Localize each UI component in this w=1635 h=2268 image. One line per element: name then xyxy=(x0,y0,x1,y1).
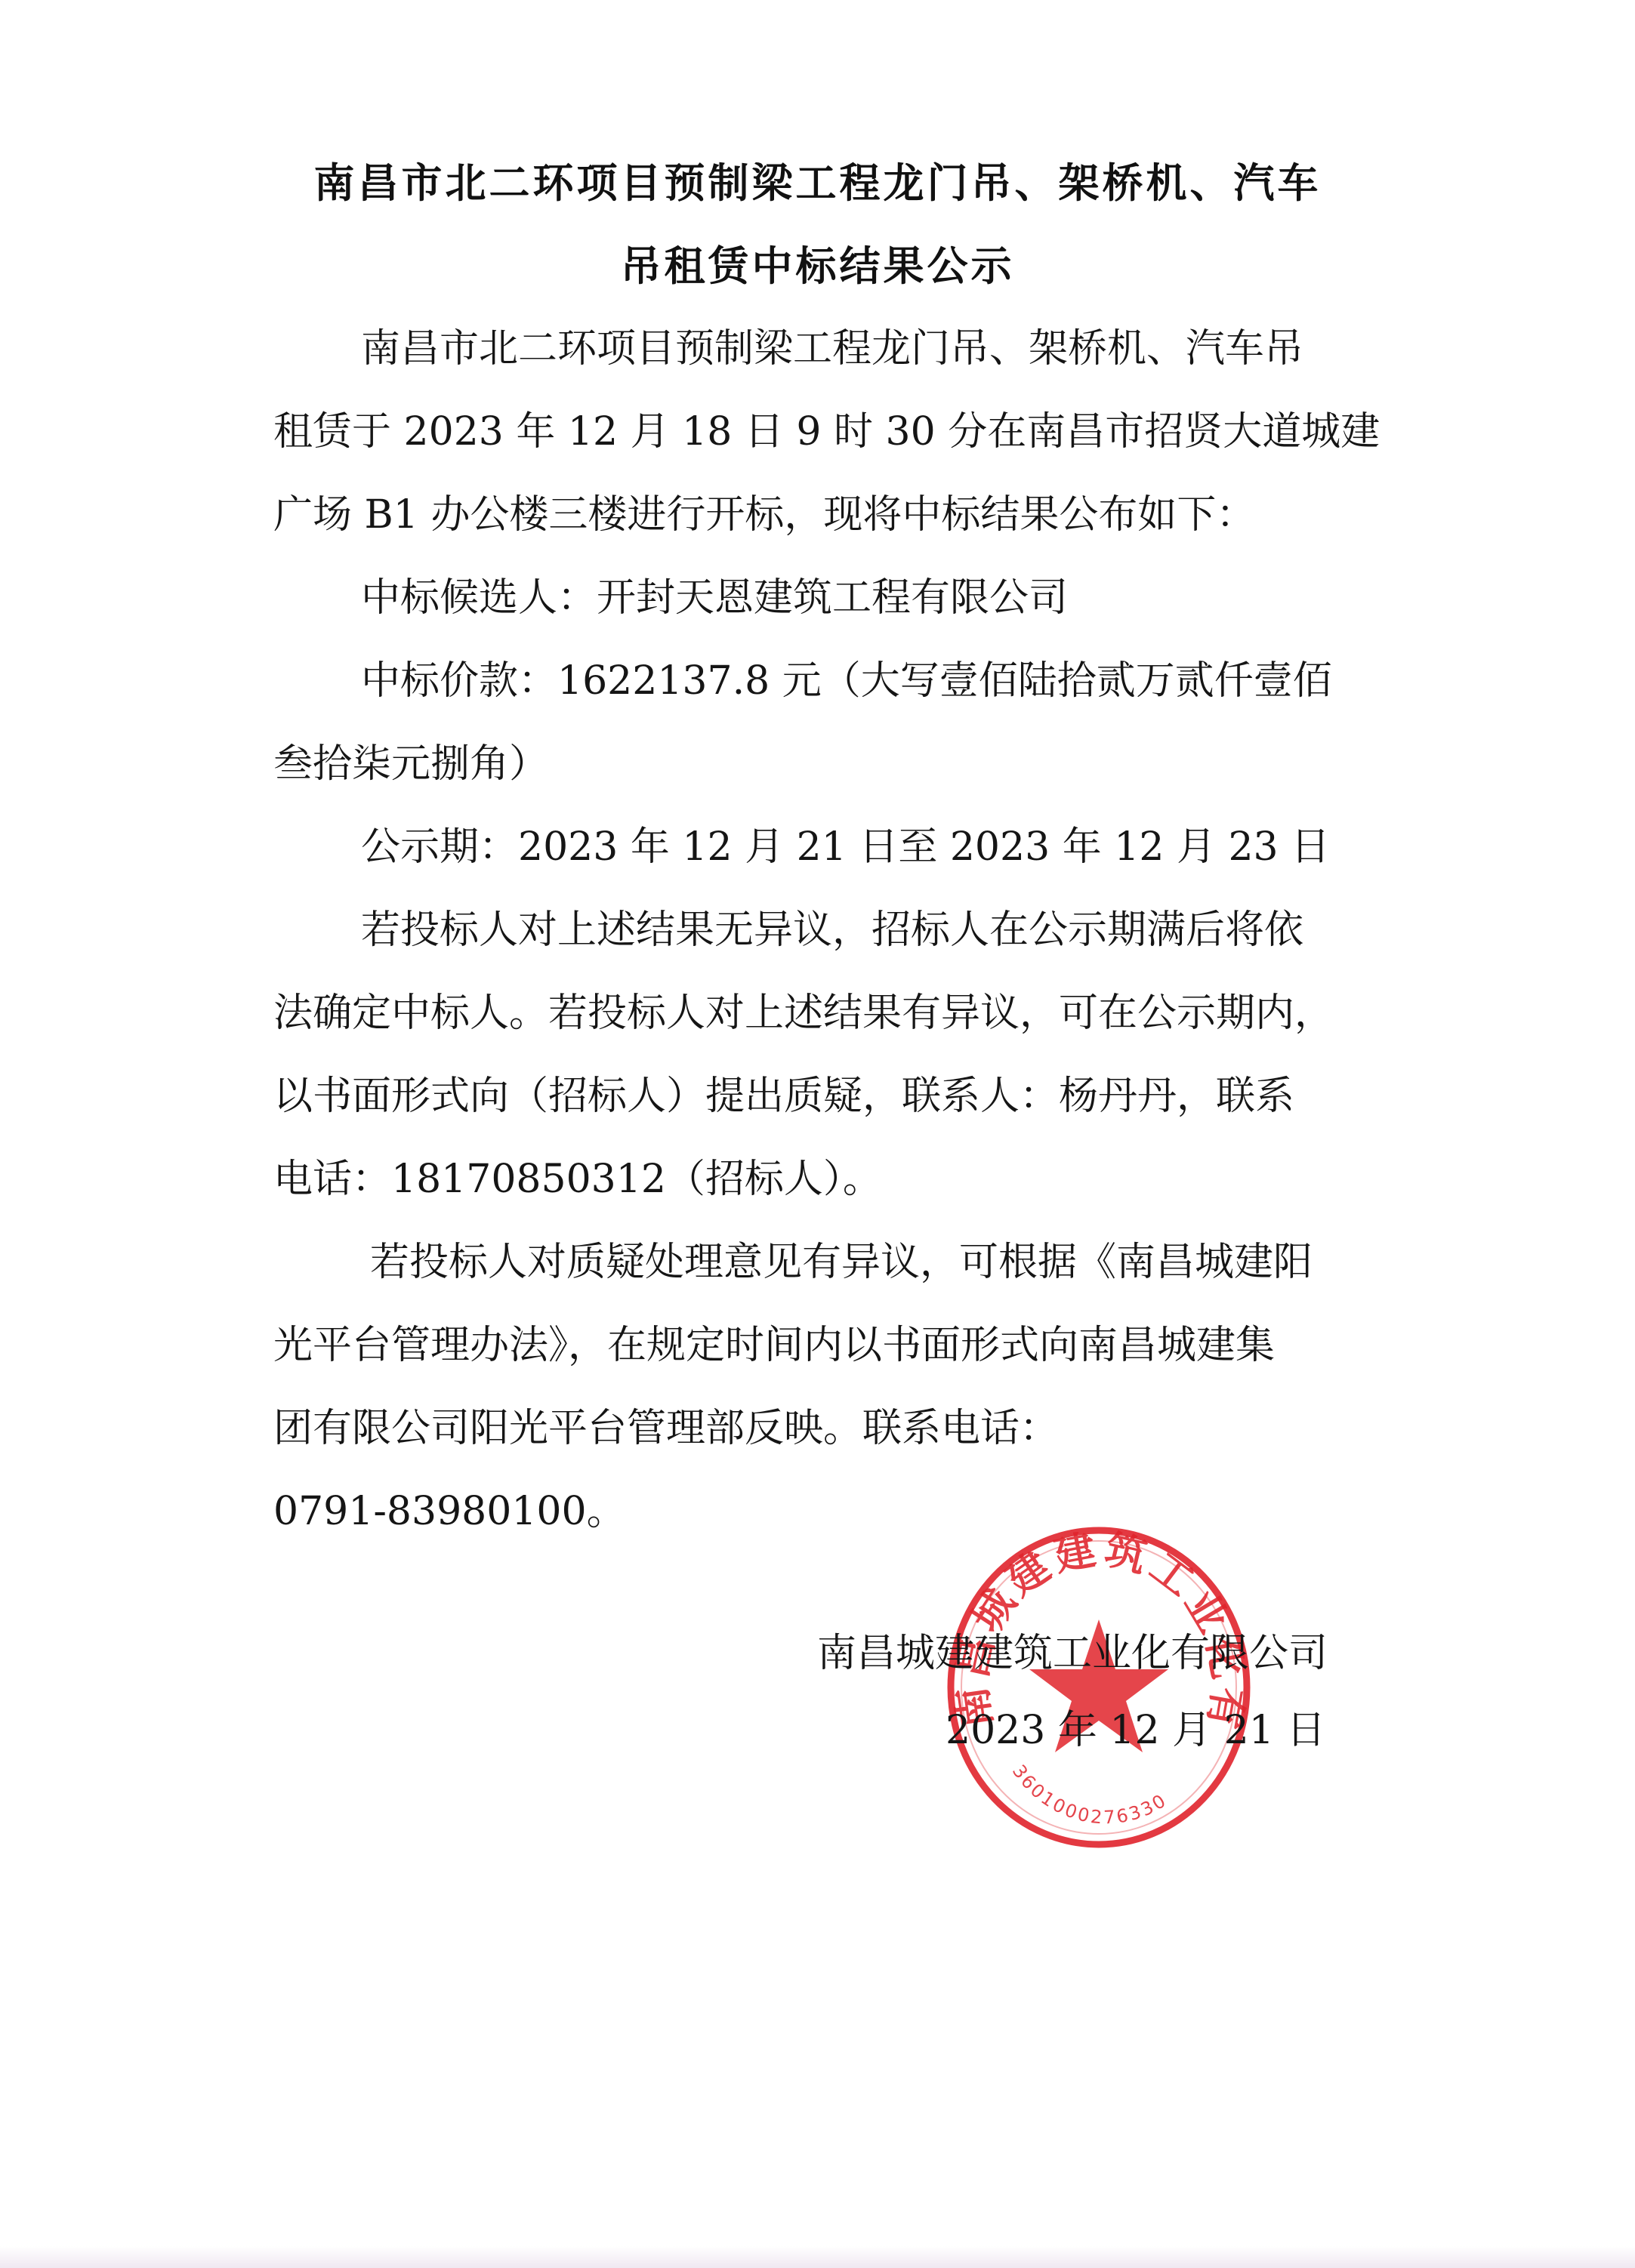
document-title-line-1: 南昌市北二环项目预制梁工程龙门吊、架桥机、汽车 xyxy=(0,161,1635,206)
bid-price-line-1: 中标价款：1622137.8 元（大写壹佰陆拾贰万贰仟壹佰 xyxy=(361,658,1332,704)
objection-line-4: 电话：18170850312（招标人）。 xyxy=(273,1157,882,1202)
winning-candidate: 中标候选人：开封天恩建筑工程有限公司 xyxy=(361,575,1068,621)
official-seal-icon: 南昌城建建筑工业化有限公司 3601000276330 xyxy=(940,1521,1257,1854)
candidate-label: 中标候选人： xyxy=(361,575,597,621)
candidate-value: 开封天恩建筑工程有限公司 xyxy=(597,575,1068,621)
appeal-line-4: 0791-83980100。 xyxy=(273,1489,626,1534)
bid-price-line-2: 叁拾柒元捌角） xyxy=(273,741,548,787)
intro-line-3: 广场 B1 办公楼三楼进行开标，现将中标结果公布如下： xyxy=(273,492,1255,538)
objection-line-2: 法确定中标人。若投标人对上述结果有异议，可在公示期内， xyxy=(273,991,1334,1036)
intro-line-2: 租赁于 2023 年 12 月 18 日 9 时 30 分在南昌市招贤大道城建 xyxy=(273,409,1380,455)
publicity-period: 公示期：2023 年 12 月 21 日至 2023 年 12 月 23 日 xyxy=(361,824,1330,870)
document-title-line-2: 吊租赁中标结果公示 xyxy=(0,244,1635,289)
intro-line-1: 南昌市北二环项目预制梁工程龙门吊、架桥机、汽车吊 xyxy=(361,326,1303,371)
scan-edge-shadow xyxy=(0,2246,1635,2268)
document-page: 南昌市北二环项目预制梁工程龙门吊、架桥机、汽车 吊租赁中标结果公示 南昌市北二环… xyxy=(0,0,1635,2268)
issue-date: 2023 年 12 月 21 日 xyxy=(946,1708,1325,1753)
appeal-line-1: 若投标人对质疑处理意见有异议，可根据《南昌城建阳 xyxy=(370,1240,1313,1285)
appeal-line-2: 光平台管理办法》，在规定时间内以书面形式向南昌城建集 xyxy=(273,1323,1275,1368)
objection-line-1: 若投标人对上述结果无异议，招标人在公示期满后将依 xyxy=(361,908,1303,953)
issuer-company: 南昌城建建筑工业化有限公司 xyxy=(817,1631,1328,1676)
appeal-line-3: 团有限公司阳光平台管理部反映。联系电话： xyxy=(273,1406,1059,1451)
svg-text:3601000276330: 3601000276330 xyxy=(1008,1761,1171,1828)
objection-line-3: 以书面形式向（招标人）提出质疑，联系人：杨丹丹，联系 xyxy=(273,1074,1294,1119)
